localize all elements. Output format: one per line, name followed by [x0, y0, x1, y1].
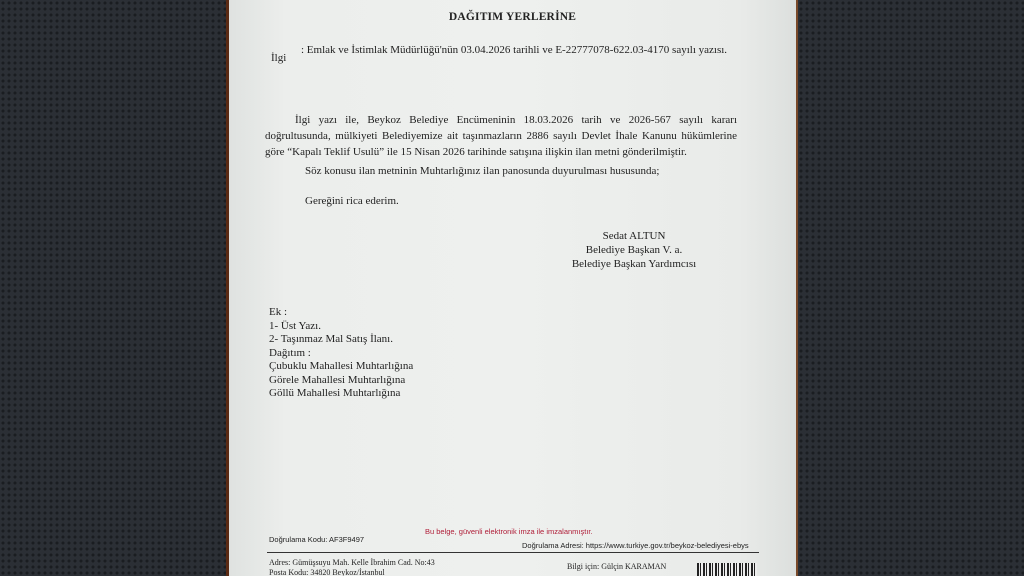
verification-code: Doğrulama Kodu: AF3F9497 — [269, 535, 364, 544]
footer-address: Adres: Gümüşsuyu Mah. Kelle İbrahim Cad.… — [269, 558, 435, 576]
signature-block: Sedat ALTUN Belediye Başkan V. a. Beledi… — [559, 229, 709, 271]
address-line: Adres: Gümüşsuyu Mah. Kelle İbrahim Cad.… — [269, 558, 435, 568]
attachments-block: Ek : 1- Üst Yazı. 2- Taşınmaz Mal Satış … — [269, 306, 413, 401]
ilgi-label: İlgi — [271, 52, 286, 64]
distribution-label: Dağıtım : — [269, 347, 413, 361]
attachment-item: 2- Taşınmaz Mal Satış İlanı. — [269, 333, 413, 347]
signer-title-1: Belediye Başkan V. a. — [559, 243, 709, 257]
distribution-item: Görele Mahallesi Muhtarlığına — [269, 374, 413, 388]
paragraph-1: İlgi yazı ile, Beykoz Belediye Encümenin… — [265, 112, 737, 160]
qr-code-icon — [697, 563, 757, 576]
attachment-item: 1- Üst Yazı. — [269, 320, 413, 334]
distribution-item: Göllü Mahallesi Muhtarlığına — [269, 387, 413, 401]
ilgi-text: : Emlak ve İstimlak Müdürlüğü'nün 03.04.… — [301, 43, 741, 58]
signer-name: Sedat ALTUN — [559, 229, 709, 243]
document-page: DAĞITIM YERLERİNE İlgi : Emlak ve İstiml… — [226, 0, 798, 576]
document-title: DAĞITIM YERLERİNE — [229, 11, 796, 23]
attachments-label: Ek : — [269, 306, 413, 320]
e-signature-note: Bu belge, güvenli elektronik imza ile im… — [425, 527, 593, 536]
signer-title-2: Belediye Başkan Yardımcısı — [559, 257, 709, 271]
distribution-item: Çubuklu Mahallesi Muhtarlığına — [269, 360, 413, 374]
paragraph-2: Söz konusu ilan metninin Muhtarlığınız i… — [305, 163, 777, 179]
paragraph-3: Gereğini rica ederim. — [305, 193, 777, 209]
footer-divider — [267, 552, 759, 553]
contact-info: Bilgi için: Gülçin KARAMAN — [567, 562, 666, 571]
postal-line: Posta Kodu: 34820 Beykoz/İstanbul — [269, 568, 435, 576]
verification-url: Doğrulama Adresi: https://www.turkiye.go… — [522, 541, 749, 550]
